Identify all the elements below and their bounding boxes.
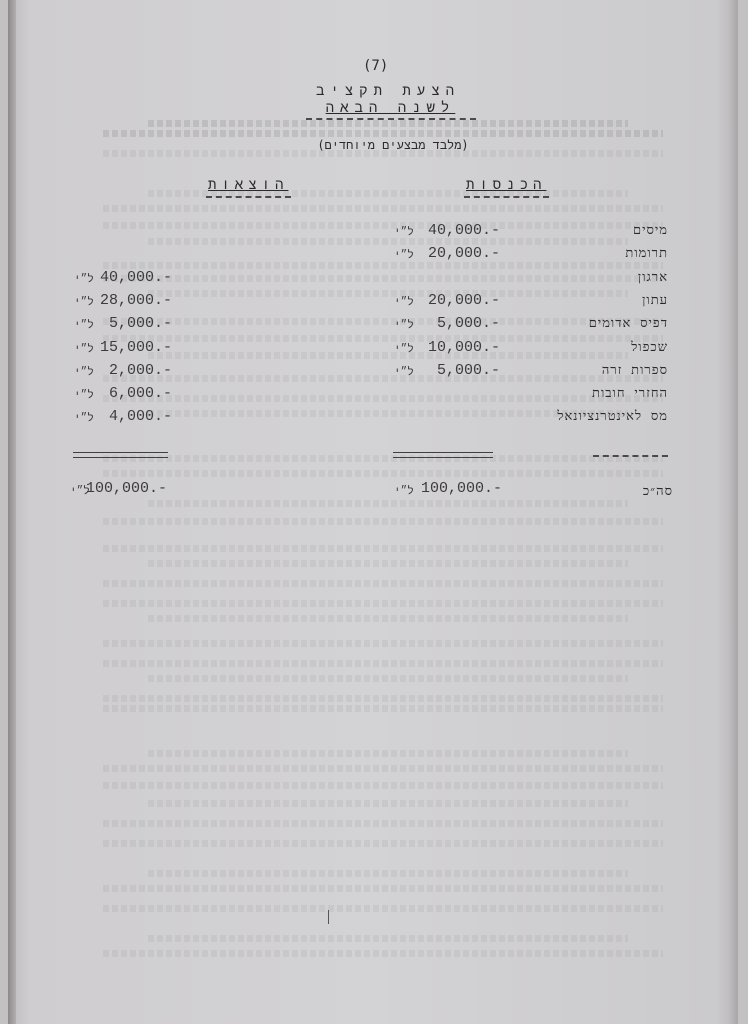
expense-amount: 28,000.- [100,292,172,309]
expense-amount: 40,000.- [100,269,172,286]
page-title-line2: לשנה הבאה [308,100,473,117]
row-label: ספרות זרה [478,362,668,378]
row-label: ארגון [478,269,668,285]
bleed-through-line [148,500,628,507]
bleed-through-line [103,130,663,137]
bleed-through-line [103,518,663,525]
paper-mark [328,910,329,924]
expenses-heading: הוצאות [208,177,288,194]
bleed-through-line [103,782,663,789]
bleed-through-line [148,675,628,682]
bleed-through-line [148,750,628,757]
bleed-through-line [103,885,663,892]
expenses-heading-rule [206,196,291,198]
bleed-through-line [148,238,628,245]
row-label: מיסים [478,222,668,238]
currency-symbol: ל״י [394,248,414,262]
income-total-rule [393,452,493,458]
row-label: מס לאינטרנציונאל [478,408,668,424]
currency-symbol: ל״י [74,411,94,425]
title-underline [306,118,476,120]
page-subtitle: (מלבד מבצעים מיוחדים) [308,138,478,153]
currency-symbol: ל״י [74,318,94,332]
expense-amount: 15,000.- [100,339,172,356]
bleed-through-line [148,560,628,567]
currency-symbol: ל״י [74,388,94,402]
bleed-through-line [103,580,663,587]
total-label: סה״כ [618,483,673,499]
bleed-through-line [103,705,663,712]
expenses-total: 100,000.- [86,480,167,497]
currency-symbol: ל״י [394,295,414,309]
currency-symbol: ל״י [74,342,94,356]
income-amount: 20,000.- [428,292,500,309]
bleed-through-line [148,120,628,127]
expense-amount: 2,000.- [100,362,172,379]
income-total-currency: ל״י [394,484,414,498]
expense-amount: 4,000.- [100,408,172,425]
row-label: עתון [478,292,668,308]
row-label: שכפול [478,339,668,355]
income-heading-rule [464,196,549,198]
bleed-through-line [148,800,628,807]
page-title: הצעת תקציב [293,83,483,100]
label-total-rule [593,455,668,457]
bleed-through-line [103,840,663,847]
expense-amount: 6,000.- [100,385,172,402]
page-edge-right [728,0,738,1024]
income-amount: 10,000.- [428,339,500,356]
page-edge-left [8,0,16,1024]
currency-symbol: ל״י [74,365,94,379]
bleed-through-line [103,695,663,702]
bleed-through-line [103,455,663,462]
bleed-through-line [148,935,628,942]
bleed-through-line [103,640,663,647]
bleed-through-line [103,820,663,827]
bleed-through-line [103,205,663,212]
bleed-through-line [148,870,628,877]
row-label: תרומות [478,245,668,261]
row-label: החזרי חובות [478,385,668,401]
currency-symbol: ל״י [394,342,414,356]
bleed-through-line [148,615,628,622]
income-amount: 5,000.- [428,362,500,379]
income-heading: הכנסות [466,177,546,194]
bleed-through-line [103,600,663,607]
row-label: דפיס אדומים [478,315,668,331]
currency-symbol: ל״י [74,295,94,309]
income-amount: 20,000.- [428,245,500,262]
currency-symbol: ל״י [74,272,94,286]
currency-symbol: ל״י [394,225,414,239]
currency-symbol: ל״י [394,365,414,379]
document-page: (7) הצעת תקציב לשנה הבאה (מלבד מבצעים מי… [8,0,738,1024]
income-total: 100,000.- [421,480,502,497]
income-amount: 40,000.- [428,222,500,239]
page-number: (7) [363,58,388,74]
bleed-through-line [103,470,663,477]
expense-amount: 5,000.- [100,315,172,332]
currency-symbol: ל״י [394,318,414,332]
bleed-through-line [103,660,663,667]
expenses-total-rule [73,452,168,458]
bleed-through-line [103,950,663,957]
bleed-through-line [103,545,663,552]
bleed-through-line [103,765,663,772]
income-amount: 5,000.- [428,315,500,332]
bleed-through-line [103,905,663,912]
